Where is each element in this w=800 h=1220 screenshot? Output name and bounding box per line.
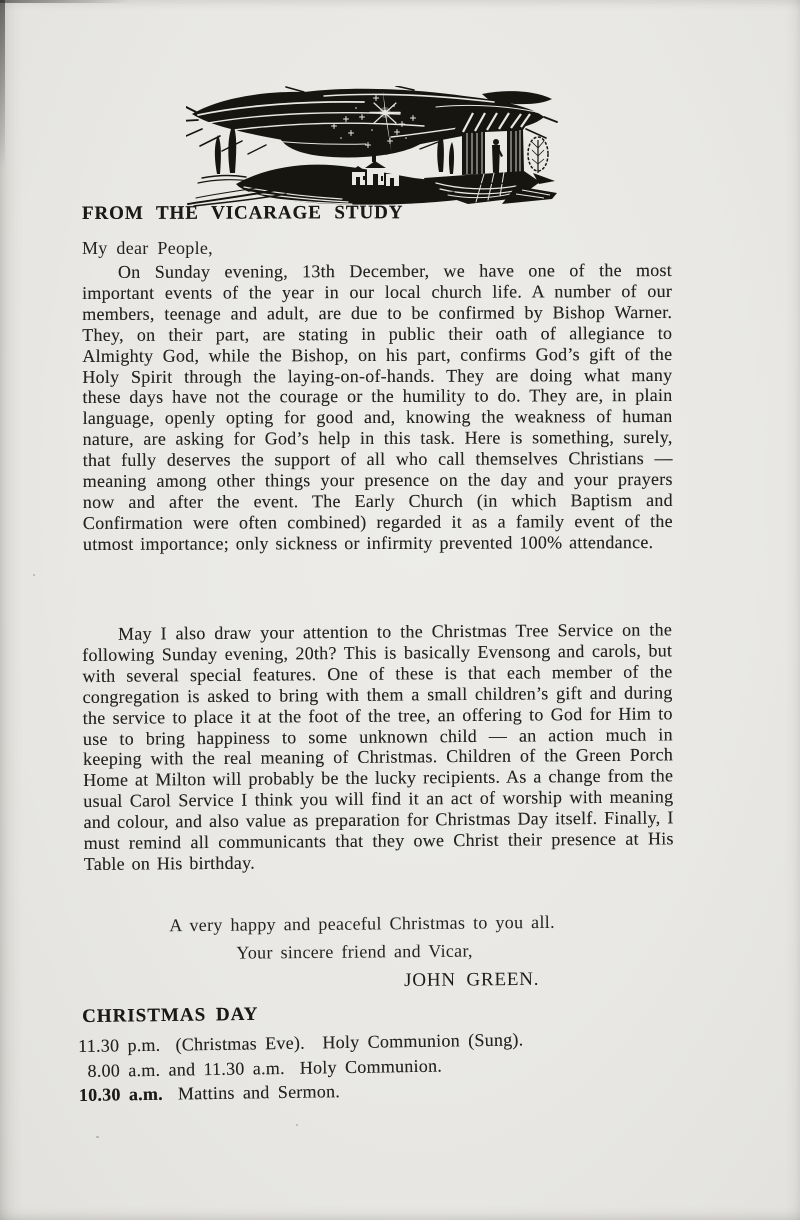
signature: JOHN GREEN. — [404, 969, 539, 992]
closing-line: A very happy and peaceful Christmas to y… — [82, 911, 642, 937]
service-description: Mattins and Sermon. — [178, 1081, 341, 1103]
service-time: 11.30 p.m. — [78, 1035, 161, 1056]
service-description: (Christmas Eve). Holy Communion (Sung). — [175, 1029, 523, 1054]
letter-paragraph-2: May I also draw your attention to the Ch… — [82, 619, 674, 875]
page-title: FROM THE VICARAGE STUDY — [82, 202, 403, 225]
letter-paragraph-1: On Sunday evening, 13th December, we hav… — [82, 260, 673, 555]
paper-speck — [296, 1124, 298, 1126]
nativity-illustration — [186, 86, 558, 208]
service-time: 8.00 a.m. and 11.30 a.m. — [87, 1057, 285, 1080]
stable — [452, 109, 535, 175]
paper-speck — [33, 574, 35, 576]
scan-edge-shadow-top — [0, 0, 130, 3]
nativity-scene-svg — [186, 86, 558, 208]
scanned-newsletter-page: FROM THE VICARAGE STUDY My dear People, … — [0, 0, 800, 1220]
christmas-day-heading: CHRISTMAS DAY — [82, 1004, 259, 1028]
service-times-list: 11.30 p.m.(Christmas Eve). Holy Communio… — [78, 1027, 699, 1110]
service-description: Holy Communion. — [300, 1055, 443, 1077]
salutation: My dear People, — [82, 238, 213, 259]
paper-speck — [96, 1136, 99, 1138]
scan-edge-shadow — [0, 0, 5, 170]
signoff-line: Your sincere friend and Vicar, — [82, 939, 627, 965]
service-time: 10.30 a.m. — [79, 1084, 163, 1105]
